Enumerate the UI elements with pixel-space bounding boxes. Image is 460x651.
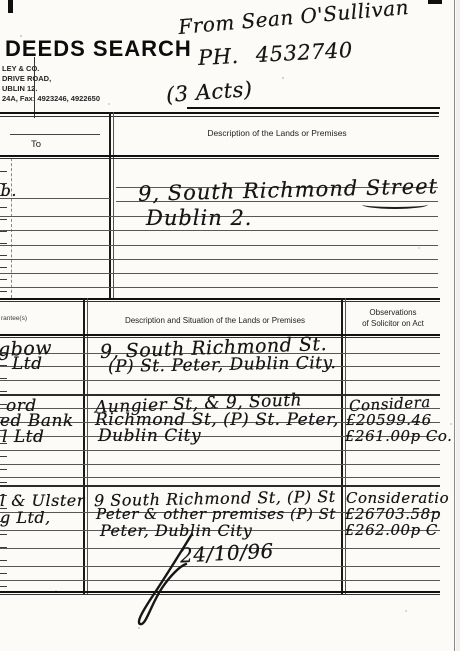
grantee-header: rantee(s): [1, 315, 27, 322]
handwritten-grantee-line: g Ltd,: [0, 508, 51, 527]
observations-header-line: Observations: [346, 308, 440, 317]
ruled-line: [0, 245, 438, 246]
table-border: [0, 116, 439, 117]
page-edge-line: [454, 0, 455, 651]
handwritten-margin-note: ib.: [0, 181, 17, 200]
table-border: [0, 112, 439, 114]
row-separator: [0, 485, 440, 487]
table-border: [0, 158, 439, 159]
cut-ruled-line-stubs: [0, 340, 7, 594]
firm-address-line-3: UBLIN 12.: [2, 84, 37, 94]
column-divider: [109, 112, 111, 298]
acts-description-header: Description and Situation of the Lands o…: [90, 316, 340, 325]
scan-mark-top-right: [428, 0, 442, 4]
ruled-line: [0, 287, 438, 288]
table-border: [187, 107, 440, 109]
table-border: [0, 301, 440, 302]
table-border: [0, 334, 440, 336]
column-divider: [341, 298, 343, 594]
firm-address-line-2: DRIVE ROAD,: [2, 74, 51, 84]
column-divider: [345, 298, 346, 594]
scanned-deeds-search-form: DEEDS SEARCH LEY & CO. DRIVE ROAD, UBLIN…: [0, 0, 460, 651]
column-divider: [83, 298, 85, 594]
column-divider: [113, 112, 114, 298]
ruled-line: [0, 380, 440, 381]
cut-column-edge: [11, 158, 12, 298]
handwritten-grantee-line: l Ltd: [2, 427, 44, 447]
handwritten-observation-line: £261.00p Co.: [345, 427, 452, 445]
scan-mark-top-left: [8, 0, 13, 13]
ruled-line: [0, 464, 440, 465]
ruled-line: [0, 230, 438, 231]
to-label: To: [31, 139, 41, 150]
handwritten-observation-line: £262.00p C: [345, 521, 438, 539]
signature-flourish: [130, 532, 260, 627]
observations-header-line: of Solicitor on Act: [346, 319, 440, 328]
table-border: [0, 298, 440, 300]
ruled-line: [0, 477, 440, 478]
ruled-line: [10, 134, 100, 135]
ruled-line: [0, 259, 438, 260]
handwritten-acts-note: (3 Acts): [165, 77, 253, 107]
ruled-line: [0, 450, 440, 451]
page-edge-margin: [456, 0, 460, 651]
handwritten-phone-note: PH. 4532740: [197, 38, 353, 70]
handwritten-grantee-line: Ltd: [12, 354, 43, 374]
table-border: [0, 155, 439, 157]
column-divider: [87, 298, 88, 594]
lands-description-header: Description of the Lands or Premises: [115, 128, 439, 138]
ruled-line: [0, 273, 438, 274]
handwritten-description-line: Dublin City: [98, 426, 201, 446]
firm-address-line-4: 24A, Fax: 4923246, 4922650: [2, 94, 100, 104]
fold-crease-line: [34, 57, 35, 118]
handwritten-from-note: From Sean O'Sullivan: [177, 0, 409, 39]
handwritten-lands-entry-line: Dublin 2.: [146, 206, 252, 230]
handwritten-description-line: (P) St. Peter, Dublin City.: [108, 353, 337, 377]
handwritten-underline-flourish: [362, 200, 428, 209]
